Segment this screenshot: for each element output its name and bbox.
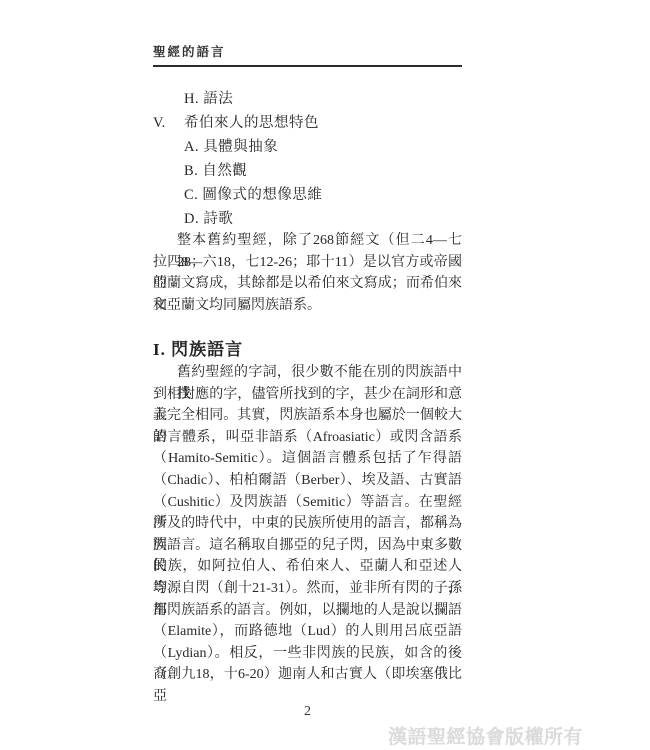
outline-numeral [153,183,184,207]
outline-numeral: V. [153,111,184,135]
copyright-watermark: 漢語聖經協會版權所有 [388,722,583,749]
outline-label: H. 語法 [184,87,473,111]
text-line: （Cushitic）及閃族語（Semitic）等語言。在聖經所 [153,492,462,514]
outline-numeral [153,159,184,183]
outline-label: 希伯來人的思想特色 [184,111,473,135]
outline-label: C. 圖像式的想像思維 [184,183,473,207]
text-line: 上完全相同。其實，閃族語系本身也屬於一個較大的 [153,405,462,427]
text-line: 整本舊約聖經，除了268節經文（但二4—七28； [153,230,462,252]
text-line: （Chadic）、柏柏爾語（Berber）、埃及語、古實語 [153,470,462,492]
text-line: 語言體系，叫亞非語系（Afroasiatic）或閃含語系 [153,427,462,449]
outline: H. 語法 V. 希伯來人的思想特色 A. 具體與抽象 B. 自然觀 C. 圖像… [153,87,473,231]
outline-row: V. 希伯來人的思想特色 [153,111,473,135]
outline-label: B. 自然觀 [184,159,473,183]
outline-label: D. 詩歌 [184,207,473,231]
outline-row: D. 詩歌 [153,207,473,231]
book-page: 聖經的語言 H. 語法 V. 希伯來人的思想特色 A. 具體與抽象 B. 自然觀… [0,0,650,750]
outline-numeral [153,135,184,159]
text-line: （創九18，十6-20）迦南人和古實人（即埃塞俄比亞 [153,664,462,686]
text-line: 拉四8—六18，七12-26；耶十11）是以官方或帝國的 [153,252,462,274]
text-line: （Elamite），而路德地（Lud）的人則用呂底亞語 [153,621,462,643]
text-line: 到相對應的字，儘管所找到的字，甚少在詞形和意義 [153,384,462,406]
text-line: 民族，如阿拉伯人、希伯來人、亞蘭人和亞述人等， [153,556,462,578]
outline-row: A. 具體與抽象 [153,135,473,159]
text-line: 亞蘭文寫成，其餘都是以希伯來文寫成；而希伯來文 [153,273,462,295]
outline-numeral [153,207,184,231]
paragraph-intro: 整本舊約聖經，除了268節經文（但二4—七28； 拉四8—六18，七12-26；… [153,230,462,316]
running-header: 聖經的語言 [153,42,226,60]
text-line: （Lydian）。相反，一些非閃族的民族，如含的後裔 [153,643,462,665]
text-line: 均源自閃（創十21-31）。然而，並非所有閃的子孫都 [153,578,462,600]
outline-row: H. 語法 [153,87,473,111]
section-heading: I. 閃族語言 [153,335,243,360]
outline-row: C. 圖像式的想像思維 [153,183,473,207]
page-number: 2 [153,704,462,720]
header-rule [153,65,462,67]
text-line: 和亞蘭文均同屬閃族語系。 [153,295,462,317]
text-line: 族語言。這名稱取自挪亞的兒子閃，因為中東多數的 [153,535,462,557]
text-line: 舊約聖經的字詞，很少數不能在別的閃族語中找 [153,362,462,384]
outline-label: A. 具體與抽象 [184,135,473,159]
outline-numeral [153,87,184,111]
outline-row: B. 自然觀 [153,159,473,183]
text-line: 涉及的時代中，中東的民族所使用的語言，都稱為閃 [153,513,462,535]
text-line: 用閃族語系的語言。例如，以攔地的人是說以攔語 [153,600,462,622]
paragraph-semitic-languages: 舊約聖經的字詞，很少數不能在別的閃族語中找 到相對應的字，儘管所找到的字，甚少在… [153,362,462,686]
text-line: （Hamito-Semitic）。這個語言體系包括了乍得語 [153,448,462,470]
